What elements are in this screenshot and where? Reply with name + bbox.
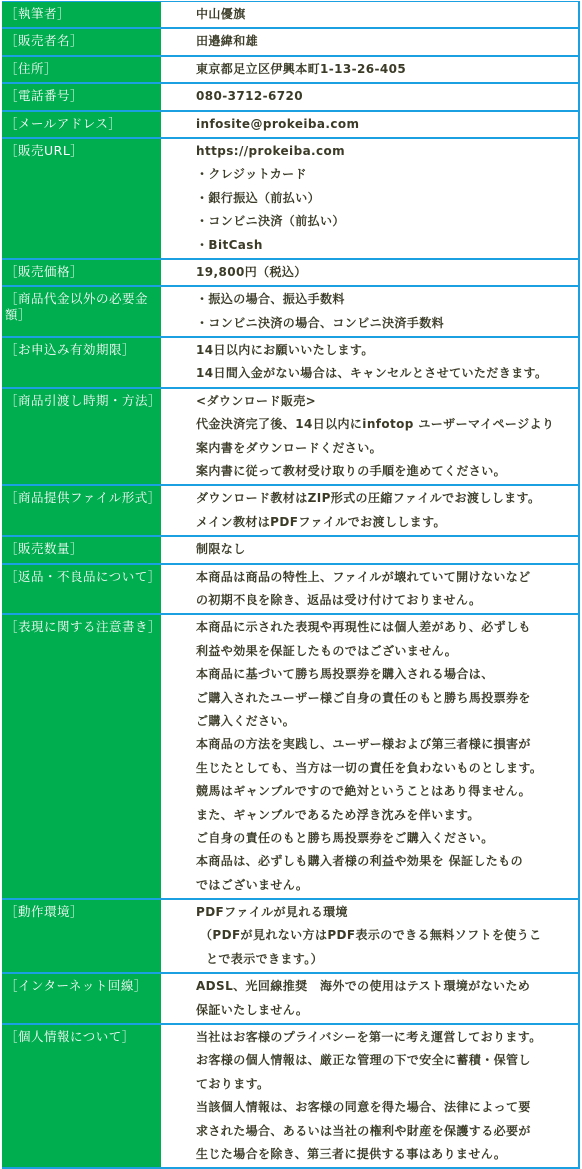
value-line: 14日以内にお願いいたします。 xyxy=(196,339,578,362)
value-line: 本商品の方法を実践し、ユーザー様および第三者様に損害が xyxy=(196,733,578,756)
value-line: 生じたとしても、当方は一切の責任を負わないものとします。 xyxy=(196,757,578,780)
value-line: とで表示できます。） xyxy=(196,948,578,971)
value-line: ご自身の責任のもと勝ち馬投票券をご購入ください。 xyxy=(196,827,578,850)
row-application-deadline: ［お申込み有効期限］ 14日以内にお願いいたします。 14日間入金がない場合は、… xyxy=(2,338,580,389)
value-line: PDFファイルが見れる環境 xyxy=(196,901,578,924)
value-line: 競馬はギャンブルですので絶対ということはあり得ません。 xyxy=(196,780,578,803)
label-price: ［販売価格］ xyxy=(2,260,163,285)
label-disclaimer: ［表現に関する注意書き］ xyxy=(2,615,163,898)
value-line: また、ギャンブルであるため浮き沈みを伴います。 xyxy=(196,804,578,827)
label-file-format: ［商品提供ファイル形式］ xyxy=(2,486,163,535)
row-address: ［住所］ 東京都足立区伊興本町1-13-26-405 xyxy=(2,57,580,84)
value-line: 19,800円（税込） xyxy=(196,261,578,284)
row-seller-name: ［販売者名］ 田邉緯和雄 xyxy=(2,29,580,56)
value-line: 080-3712-6720 xyxy=(196,85,578,108)
value-line: ご購入されたユーザー様ご自身の責任のもと勝ち馬投票券を xyxy=(196,687,578,710)
row-returns: ［返品・不良品について］ 本商品は商品の特性上、ファイルが壊れていて開けないなど… xyxy=(2,565,580,616)
row-author: ［執筆者］ 中山優旗 xyxy=(2,1,580,29)
payment-method-item: ・クレジットカード xyxy=(196,163,578,186)
value-address: 東京都足立区伊興本町1-13-26-405 xyxy=(163,57,580,82)
value-line: 中山優旗 xyxy=(196,3,578,26)
value-line: 保証いたしません。 xyxy=(196,999,578,1022)
label-address: ［住所］ xyxy=(2,57,163,82)
label-seller-name: ［販売者名］ xyxy=(2,29,163,54)
value-line: 14日間入金がない場合は、キャンセルとさせていただきます。 xyxy=(196,362,578,385)
value-price: 19,800円（税込） xyxy=(163,260,580,285)
value-line: ADSL、光回線推奨 海外での使用はテスト環境がないため xyxy=(196,975,578,998)
value-line: メイン教材はPDFファイルでお渡しします。 xyxy=(196,511,578,534)
label-delivery: ［商品引渡し時期・方法］ xyxy=(2,389,163,485)
row-email: ［メールアドレス］ infosite@prokeiba.com xyxy=(2,112,580,139)
label-email: ［メールアドレス］ xyxy=(2,112,163,137)
value-environment: PDFファイルが見れる環境 （PDFが見れない方はPDF表示のできる無料ソフトを… xyxy=(163,900,580,972)
row-sales-url: ［販売URL］ https://prokeiba.com ・クレジットカード ・… xyxy=(2,139,580,260)
value-line: 東京都足立区伊興本町1-13-26-405 xyxy=(196,58,578,81)
value-line: ご購入ください。 xyxy=(196,710,578,733)
row-price: ［販売価格］ 19,800円（税込） xyxy=(2,260,580,287)
value-line: ではございません。 xyxy=(196,874,578,897)
value-line: <ダウンロード販売> xyxy=(196,390,578,413)
value-extra-fees: ・振込の場合、振込手数料 ・コンビニ決済の場合、コンビニ決済手数料 xyxy=(163,287,580,336)
value-sales-url: https://prokeiba.com ・クレジットカード ・銀行振込（前払い… xyxy=(163,139,580,258)
row-quantity: ［販売数量］ 制限なし xyxy=(2,537,580,564)
value-line: 制限なし xyxy=(196,538,578,561)
row-environment: ［動作環境］ PDFファイルが見れる環境 （PDFが見れない方はPDF表示のでき… xyxy=(2,900,580,974)
label-environment: ［動作環境］ xyxy=(2,900,163,972)
email-link[interactable]: infosite@prokeiba.com xyxy=(196,113,578,136)
value-line: ダウンロード教材はZIP形式の圧縮ファイルでお渡しします。 xyxy=(196,487,578,510)
sales-url-link[interactable]: https://prokeiba.com xyxy=(196,140,578,163)
value-returns: 本商品は商品の特性上、ファイルが壊れていて開けないなど の初期不良を除き、返品は… xyxy=(163,565,580,614)
value-internet: ADSL、光回線推奨 海外での使用はテスト環境がないため 保証いたしません。 xyxy=(163,974,580,1023)
value-phone: 080-3712-6720 xyxy=(163,84,580,109)
value-application-deadline: 14日以内にお願いいたします。 14日間入金がない場合は、キャンセルとさせていた… xyxy=(163,338,580,387)
value-line: 代金決済完了後、14日以内にinfotop ユーザーマイページより xyxy=(196,413,578,436)
value-line: 案内書をダウンロードください。 xyxy=(196,437,578,460)
label-returns: ［返品・不良品について］ xyxy=(2,565,163,614)
value-quantity: 制限なし xyxy=(163,537,580,562)
label-sales-url: ［販売URL］ xyxy=(2,139,163,258)
value-line: ・振込の場合、振込手数料 xyxy=(196,288,578,311)
value-delivery: <ダウンロード販売> 代金決済完了後、14日以内にinfotop ユーザーマイペ… xyxy=(163,389,580,485)
value-line: 本商品は商品の特性上、ファイルが壊れていて開けないなど xyxy=(196,566,578,589)
row-phone: ［電話番号］ 080-3712-6720 xyxy=(2,84,580,111)
row-delivery: ［商品引渡し時期・方法］ <ダウンロード販売> 代金決済完了後、14日以内にin… xyxy=(2,389,580,487)
value-line: ・コンビニ決済の場合、コンビニ決済手数料 xyxy=(196,312,578,335)
seller-info-table: ［執筆者］ 中山優旗 ［販売者名］ 田邉緯和雄 ［住所］ 東京都足立区伊興本町1… xyxy=(2,1,580,1027)
value-line: 案内書に従って教材受け取りの手順を進めてください。 xyxy=(196,460,578,483)
value-line: （PDFが見れない方はPDF表示のできる無料ソフトを使うこ xyxy=(196,924,578,947)
value-author: 中山優旗 xyxy=(163,2,580,27)
value-line: 本商品に示された表現や再現性には個人差があり、必ずしも xyxy=(196,616,578,639)
label-phone: ［電話番号］ xyxy=(2,84,163,109)
label-internet: ［インターネット回線］ xyxy=(2,974,163,1023)
payment-method-item: ・BitCash xyxy=(196,234,578,257)
payment-method-item: ・銀行振込（前払い） xyxy=(196,187,578,210)
value-line: 本商品に基づいて勝ち馬投票券を購入される場合は、 xyxy=(196,663,578,686)
row-disclaimer: ［表現に関する注意書き］ 本商品に示された表現や再現性には個人差があり、必ずしも… xyxy=(2,615,580,900)
value-seller-name: 田邉緯和雄 xyxy=(163,29,580,54)
label-extra-fees: ［商品代金以外の必要金額］ xyxy=(2,287,163,336)
row-extra-fees: ［商品代金以外の必要金額］ ・振込の場合、振込手数料 ・コンビニ決済の場合、コン… xyxy=(2,287,580,338)
row-internet: ［インターネット回線］ ADSL、光回線推奨 海外での使用はテスト環境がないため… xyxy=(2,974,580,1025)
value-email: infosite@prokeiba.com xyxy=(163,112,580,137)
label-application-deadline: ［お申込み有効期限］ xyxy=(2,338,163,387)
value-line: 田邉緯和雄 xyxy=(196,30,578,53)
row-file-format: ［商品提供ファイル形式］ ダウンロード教材はZIP形式の圧縮ファイルでお渡ししま… xyxy=(2,486,580,537)
value-line: 利益や効果を保証したものではございません。 xyxy=(196,640,578,663)
label-quantity: ［販売数量］ xyxy=(2,537,163,562)
value-line: の初期不良を除き、返品は受け付けておりません。 xyxy=(196,589,578,612)
value-file-format: ダウンロード教材はZIP形式の圧縮ファイルでお渡しします。 メイン教材はPDFフ… xyxy=(163,486,580,535)
value-disclaimer: 本商品に示された表現や再現性には個人差があり、必ずしも 利益や効果を保証したもの… xyxy=(163,615,580,898)
payment-method-item: ・コンビニ決済（前払い） xyxy=(196,210,578,233)
label-author: ［執筆者］ xyxy=(2,2,163,27)
value-line: 本商品は、必ずしも購入者様の利益や効果を 保証したもの xyxy=(196,850,578,873)
